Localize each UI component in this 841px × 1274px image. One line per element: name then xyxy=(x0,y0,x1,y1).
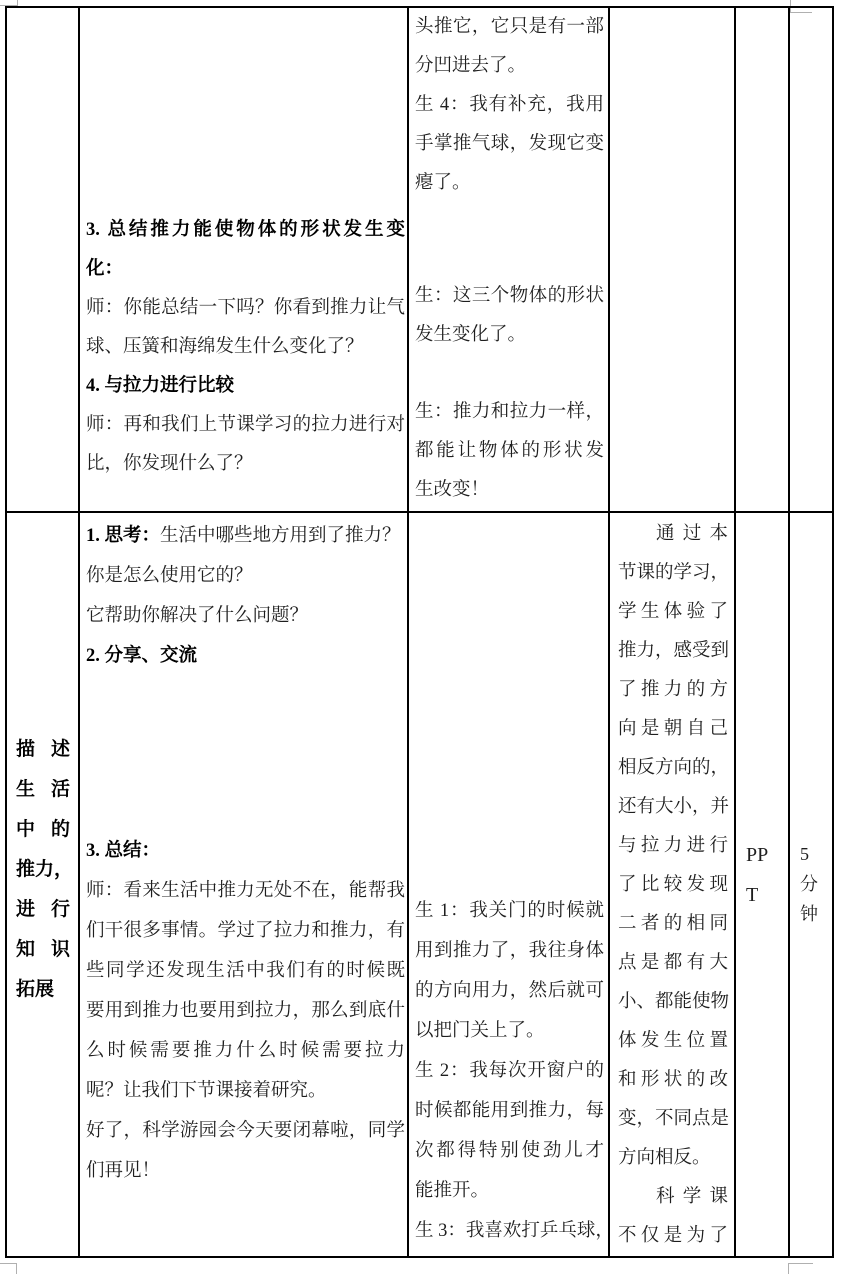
cell-teacher-activity-row2: 1. 思考：生活中哪些地方用到了推力？你是怎么使用它的？它帮助你解决了什么问题？… xyxy=(80,513,407,1191)
cell-student-activity-row1: 头推它，它只是有一部分凹进去了。生 4：我有补充，我用手掌推气球，发现它变瘪了。… xyxy=(409,8,608,510)
cell-media-row2: PPT xyxy=(736,513,788,915)
document-page: 3. 总结推力能使物体的形状发生变化：师：你能总结一下吗？你看到推力让气球、压簧… xyxy=(0,0,841,1274)
page-corner-mark-bottom-right xyxy=(788,1263,813,1274)
cell-duration-row2: 5分钟 xyxy=(790,513,832,929)
table-row-2: 描述生活中的推力，进行知识拓展 1. 思考：生活中哪些地方用到了推力？你是怎么使… xyxy=(6,512,833,1257)
duration-label: 5分钟 xyxy=(800,839,820,929)
table-row-1: 3. 总结推力能使物体的形状发生变化：师：你能总结一下吗？你看到推力让气球、压簧… xyxy=(6,7,833,512)
cell-notes-row2: 通过本节课的学习，学生体验了推力，感受到了推力的方向是朝自己相反方向的，还有大小… xyxy=(610,513,734,1256)
lesson-plan-table: 3. 总结推力能使物体的形状发生变化：师：你能总结一下吗？你看到推力让气球、压簧… xyxy=(5,6,834,1258)
cell-student-activity-row2: 生 1：我关门的时候就用到推力了，我往身体的方向用力，然后就可以把门关上了。生 … xyxy=(409,513,608,1251)
page-corner-mark-bottom-left xyxy=(0,1263,17,1274)
media-label: PPT xyxy=(746,835,776,915)
cell-teacher-activity-row1: 3. 总结推力能使物体的形状发生变化：师：你能总结一下吗？你看到推力让气球、压簧… xyxy=(80,8,407,484)
cell-stage-row2: 描述生活中的推力，进行知识拓展 xyxy=(7,513,78,1010)
